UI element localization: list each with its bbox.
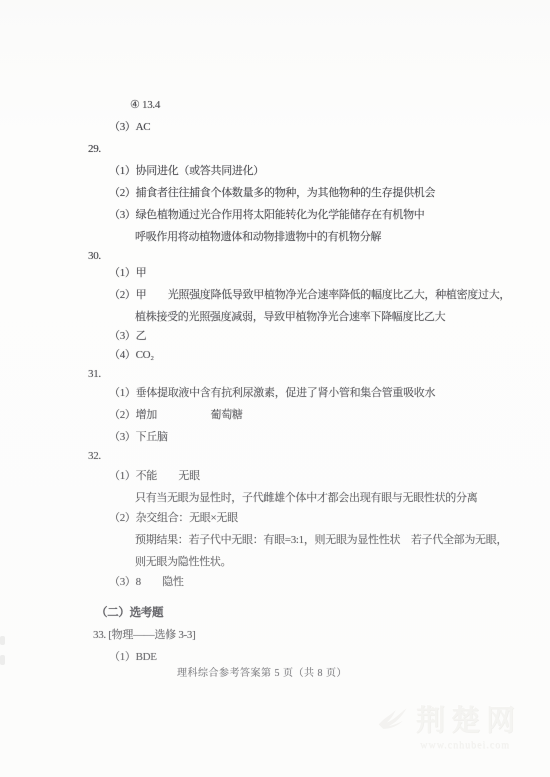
doc-line: （3）下丘脑 bbox=[109, 430, 168, 444]
doc-line: 33. [物理——选修 3-3] bbox=[93, 628, 195, 642]
doc-line: （1）BDE bbox=[109, 650, 157, 664]
doc-line: （1）垂体提取液中含有抗利尿激素，促进了肾小管和集合管重吸收水 bbox=[109, 386, 435, 400]
doc-line: （3）8 隐性 bbox=[109, 575, 184, 589]
doc-line: 植株接受的光照强度减弱，导致甲植物净光合速率下降幅度比乙大 bbox=[135, 310, 445, 324]
doc-line: （二）选考题 bbox=[96, 606, 163, 620]
doc-line: 预期结果：若子代中无眼：有眼=3:1，则无眼为显性性状 若子代全部为无眼， bbox=[135, 533, 507, 547]
doc-line: 31. bbox=[88, 367, 101, 381]
doc-line: （1）不能 无眼 bbox=[109, 469, 200, 483]
doc-line: 呼吸作用将动植物遗体和动物排遗物中的有机物分解 bbox=[135, 230, 381, 244]
watermark-row: 荆楚网 bbox=[376, 698, 550, 739]
doc-line: 只有当无眼为显性时，子代雌雄个体中才都会出现有眼与无眼性状的分离 bbox=[135, 491, 477, 505]
doc-line: （2）杂交组合：无眼×无眼 bbox=[109, 511, 238, 525]
doc-line: （4）CO₂ bbox=[109, 348, 154, 362]
doc-line: 32. bbox=[88, 449, 101, 463]
doc-line: （3）AC bbox=[109, 120, 150, 134]
watermark-url: www.cnhubei.com bbox=[420, 740, 550, 751]
answer-sheet-page: ④ 13.4（3）AC29.（1）协同进化（或答共同进化）（2）捕食者往往捕食个… bbox=[0, 0, 550, 777]
doc-line: （2）增加 葡萄糖 bbox=[109, 408, 243, 422]
doc-line: （1）甲 bbox=[109, 266, 146, 280]
scan-artifact bbox=[0, 655, 5, 665]
watermark: 荆楚网 www.cnhubei.com bbox=[376, 698, 550, 768]
bird-logo-icon bbox=[376, 701, 412, 737]
doc-line: （2）甲 光照强度降低导致甲植物净光合速率降低的幅度比乙大，种植密度过大， bbox=[109, 288, 510, 302]
doc-line: （2）捕食者往往捕食个体数量多的物种，为其他物种的生存提供机会 bbox=[109, 186, 435, 200]
doc-line: （3）乙 bbox=[109, 329, 146, 343]
scan-artifact bbox=[0, 636, 5, 645]
doc-line: 29. bbox=[88, 142, 101, 156]
doc-line: （1）协同进化（或答共同进化） bbox=[109, 164, 264, 178]
doc-line: 30. bbox=[88, 249, 101, 263]
doc-line: 则无眼为隐性性状。 bbox=[135, 555, 231, 569]
watermark-text: 荆楚网 bbox=[416, 698, 521, 739]
doc-line: （3）绿色植物通过光合作用将太阳能转化为化学能储存在有机物中 bbox=[109, 208, 425, 222]
doc-line: ④ 13.4 bbox=[130, 98, 160, 112]
page-footer: 理科综合参考答案第 5 页（共 8 页） bbox=[0, 664, 550, 679]
